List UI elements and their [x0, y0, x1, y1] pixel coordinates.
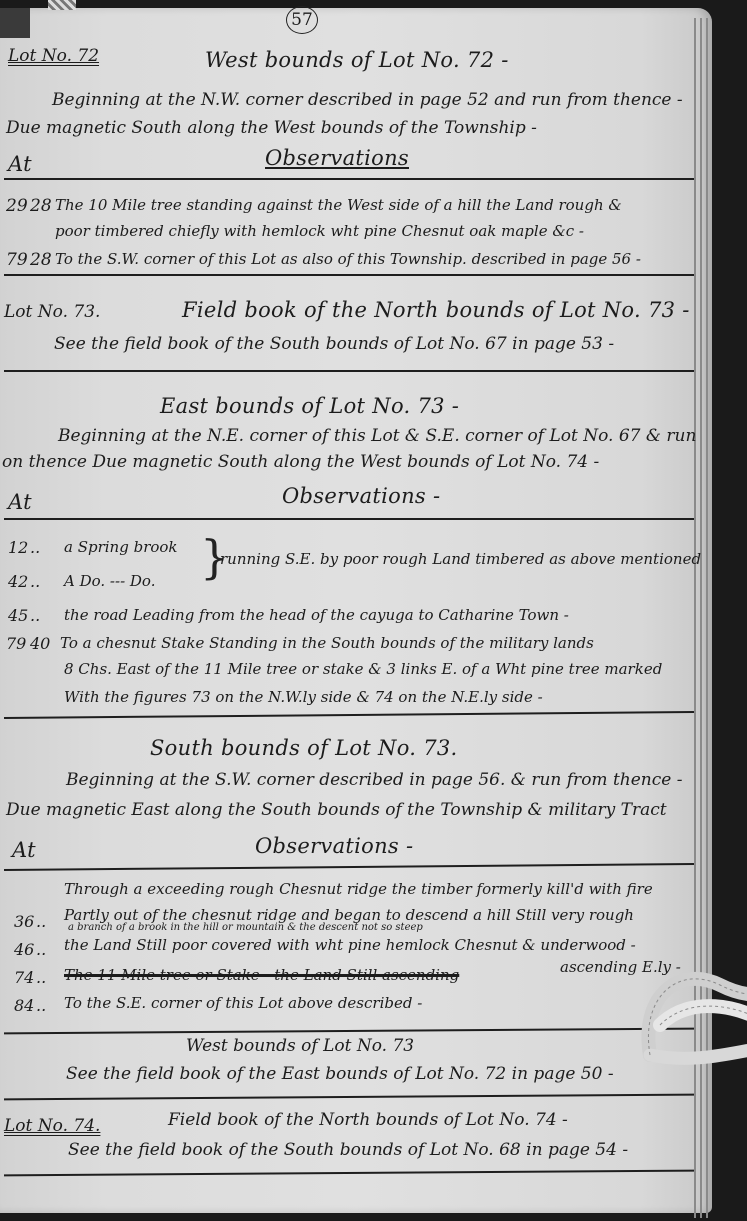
entry-chains: 36: [14, 912, 34, 931]
entry-links: ..: [36, 912, 46, 931]
at-label: At: [8, 490, 32, 514]
entry-chains: 79: [6, 250, 28, 270]
entry-text: With the figures 73 on the N.W.ly side &…: [64, 688, 543, 706]
intro-line: Due magnetic South along the West bounds…: [6, 118, 537, 138]
ruled-line: [4, 274, 694, 276]
entry-links: ..: [30, 606, 40, 625]
entry-text: running S.E. by poor rough Land timbered…: [220, 550, 701, 568]
entry-text: 8 Chs. East of the 11 Mile tree or stake…: [64, 660, 662, 678]
entry-links: ..: [30, 538, 40, 557]
ruled-line: [4, 178, 694, 180]
binding-shadow: [0, 8, 30, 38]
entry-chains: 29: [6, 196, 28, 216]
entry-text-interlinear: a branch of a brook in the hill or mount…: [68, 922, 423, 933]
entry-text: the Land Still poor covered with wht pin…: [64, 936, 636, 954]
intro-line: Due magnetic East along the South bounds…: [6, 800, 667, 820]
entry-chains: 84: [14, 996, 34, 1015]
ruled-line: [4, 370, 694, 372]
observations-heading: Observations -: [282, 484, 440, 508]
struck-entry-text: The 11 Mile tree or Stake - the Land Sti…: [64, 966, 459, 984]
entry-text: the road Leading from the head of the ca…: [64, 606, 569, 624]
entry-links: 28: [30, 250, 52, 270]
section-title: West bounds of Lot No. 73: [186, 1036, 414, 1056]
section-title: East bounds of Lot No. 73 -: [160, 394, 459, 418]
lot-label: Lot No. 73.: [4, 302, 100, 322]
entry-links: ..: [36, 968, 46, 987]
entry-chains: 79: [6, 634, 26, 653]
intro-line: on thence Due magnetic South along the W…: [2, 452, 599, 472]
page-number: 57: [286, 6, 318, 34]
intro-line: Beginning at the N.E. corner of this Lot…: [58, 426, 696, 446]
entry-text: The 10 Mile tree standing against the We…: [55, 196, 622, 214]
lot-label: Lot No. 74.: [4, 1116, 100, 1136]
observations-heading: Observations -: [255, 834, 413, 858]
entry-links: 28: [30, 196, 52, 216]
entry-chains: 46: [14, 940, 34, 959]
entry-chains: 12: [8, 538, 28, 557]
entry-chains: 42: [8, 572, 28, 591]
entry-text: To the S.E. corner of this Lot above des…: [64, 994, 422, 1012]
intro-line: See the field book of the East bounds of…: [66, 1064, 614, 1084]
at-label: At: [8, 152, 32, 176]
observations-heading: Observations: [265, 146, 409, 170]
ribbon-bookmark-icon: [48, 0, 76, 10]
entry-text: Through a exceeding rough Chesnut ridge …: [64, 880, 653, 898]
intro-line: See the field book of the South bounds o…: [68, 1140, 628, 1160]
section-title: South bounds of Lot No. 73.: [150, 736, 458, 760]
entry-links: ..: [36, 996, 46, 1015]
ruled-line: [4, 518, 694, 520]
entry-text: To the S.W. corner of this Lot as also o…: [55, 250, 641, 268]
entry-text: A Do. --- Do.: [64, 572, 155, 590]
section-title: Field book of the North bounds of Lot No…: [168, 1110, 568, 1130]
intro-line: Beginning at the N.W. corner described i…: [52, 90, 683, 110]
lot-label: Lot No. 72: [8, 46, 99, 66]
entry-links: ..: [30, 572, 40, 591]
section-title: Field book of the North bounds of Lot No…: [182, 298, 690, 322]
entry-chains: 74: [14, 968, 34, 987]
entry-text: poor timbered chiefly with hemlock wht p…: [55, 222, 584, 240]
cord-knot-icon: [640, 955, 747, 1065]
at-label: At: [12, 838, 36, 862]
entry-text: To a chesnut Stake Standing in the South…: [60, 634, 594, 652]
entry-text: a Spring brook: [64, 538, 178, 556]
entry-links: 40: [30, 634, 50, 653]
entry-links: ..: [36, 940, 46, 959]
entry-chains: 45: [8, 606, 28, 625]
section-title: West bounds of Lot No. 72 -: [205, 48, 509, 72]
intro-line: Beginning at the S.W. corner described i…: [66, 770, 682, 790]
intro-line: See the field book of the South bounds o…: [54, 334, 614, 354]
